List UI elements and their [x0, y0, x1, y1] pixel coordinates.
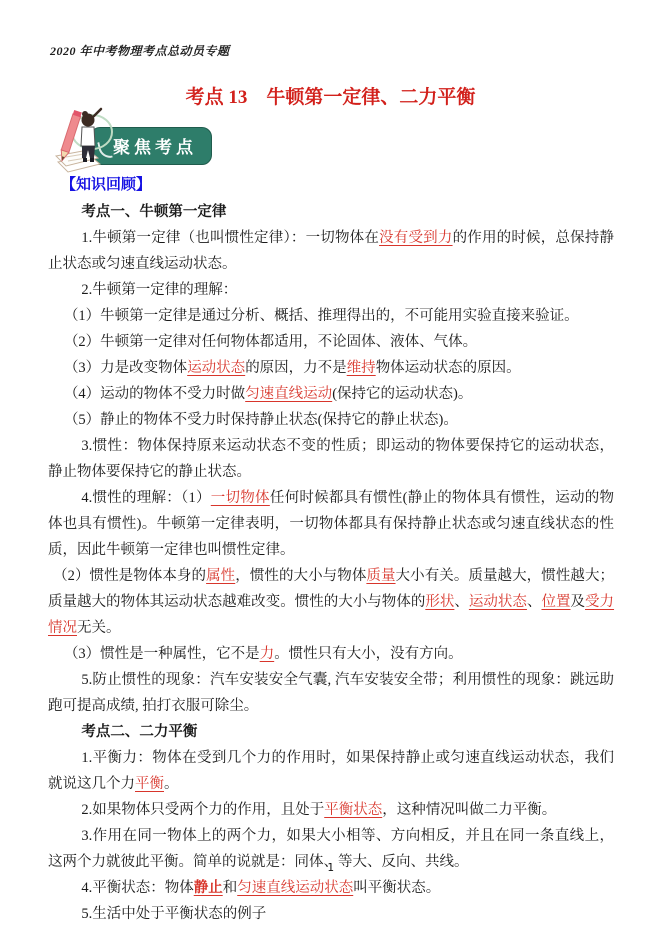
paragraph: 4.平衡状态：物体静止和匀速直线运动状态叫平衡状态。	[48, 875, 614, 901]
paragraph: （3）惯性是一种属性，它不是力。惯性只有大小，没有方向。	[48, 641, 614, 667]
key-term: 位置	[541, 594, 570, 610]
text-run: 2.牛顿第一定律的理解：	[81, 282, 237, 298]
text-run: 物体运动状态的原因。	[376, 360, 521, 376]
text-run: 、	[454, 594, 469, 610]
text-run: ，这种情况叫做二力平衡。	[382, 802, 556, 818]
key-term: 匀速直线运动状态	[237, 880, 353, 896]
text-run: (保持它的运动状态)。	[332, 386, 472, 402]
paragraph: （2）牛顿第一定律对任何物体都适用，不论固体、液体、气体。	[48, 329, 614, 355]
text-run: 4.惯性的理解：（1）	[81, 490, 210, 506]
paragraph: 4.惯性的理解：（1）一切物体任何时候都具有惯性(静止的物体具有惯性，运动的物体…	[48, 485, 614, 563]
text-run: （3）力是改变物体	[64, 360, 187, 376]
text-run: 考点一、牛顿第一定律	[81, 204, 226, 220]
key-term: 平衡状态	[324, 802, 382, 818]
text-run: 、	[527, 594, 542, 610]
text-run: 及	[571, 594, 586, 610]
document-page: 2020 年中考物理考点总动员专题 考点 13 牛顿第一定律、二力平衡 聚焦考点…	[0, 0, 661, 935]
key-term: 一切物体	[211, 490, 270, 506]
key-term: 形状	[425, 594, 454, 610]
paragraph: 5.生活中处于平衡状态的例子	[48, 901, 614, 927]
key-term: 静止	[194, 880, 223, 896]
paragraph: （1）牛顿第一定律是通过分析、概括、推理得出的，不可能用实验直接来验证。	[48, 303, 614, 329]
section-heading: 考点一、牛顿第一定律	[48, 199, 614, 225]
text-run: ，惯性的大小与物体	[235, 568, 366, 584]
section-heading: 考点二、二力平衡	[48, 719, 614, 745]
paragraph: 1.牛顿第一定律（也叫惯性定律）：一切物体在没有受到力的作用的时候，总保持静止状…	[48, 225, 614, 277]
key-term: 平衡	[135, 776, 164, 792]
paragraph: 5.防止惯性的现象：汽车安装安全气囊, 汽车安装安全带；利用惯性的现象：跳远助跑…	[48, 667, 614, 719]
paragraph: （2）惯性是物体本身的属性，惯性的大小与物体质量大小有关。质量越大，惯性越大；质…	[48, 563, 614, 641]
document-body: 考点一、牛顿第一定律1.牛顿第一定律（也叫惯性定律）：一切物体在没有受到力的作用…	[48, 199, 614, 927]
paragraph: （4）运动的物体不受力时做匀速直线运动(保持它的运动状态)。	[48, 381, 614, 407]
text-run: 2.如果物体只受两个力的作用，且处于	[81, 802, 324, 818]
text-run: （3）惯性是一种属性，它不是	[64, 646, 260, 662]
key-term: 属性	[206, 568, 235, 584]
text-run: 3.惯性：物体保持原来运动状态不变的性质；即运动的物体要保持它的运动状态，静止物…	[48, 438, 614, 480]
text-run: 叫平衡状态。	[353, 880, 440, 896]
text-run: 的原因，力不是	[245, 360, 347, 376]
paragraph: （5）静止的物体不受力时保持静止状态(保持它的静止状态)。	[48, 407, 614, 433]
text-run: （5）静止的物体不受力时保持静止状态(保持它的静止状态)。	[64, 412, 458, 428]
paragraph: （3）力是改变物体运动状态的原因，力不是维持物体运动状态的原因。	[48, 355, 614, 381]
text-run: 5.生活中处于平衡状态的例子	[81, 906, 266, 922]
paragraph: 3.惯性：物体保持原来运动状态不变的性质；即运动的物体要保持它的运动状态，静止物…	[48, 433, 614, 485]
paragraph: 1.平衡力：物体在受到几个力的作用时，如果保持静止或匀速直线运动状态，我们就说这…	[48, 745, 614, 797]
text-run: （4）运动的物体不受力时做	[64, 386, 245, 402]
key-term: 维持	[347, 360, 376, 376]
document-header-text: 2020 年中考物理考点总动员专题	[50, 42, 230, 59]
text-run: 考点二、二力平衡	[81, 724, 197, 740]
text-run: （1）牛顿第一定律是通过分析、概括、推理得出的，不可能用实验直接来验证。	[64, 308, 579, 324]
text-run: 5.防止惯性的现象：汽车安装安全气囊, 汽车安装安全带；利用惯性的现象：跳远助跑…	[48, 672, 614, 714]
key-term: 质量	[366, 568, 395, 584]
text-run: 1.平衡力：物体在受到几个力的作用时，如果保持静止或匀速直线运动状态，我们就说这…	[48, 750, 614, 792]
text-run: 和	[223, 880, 238, 896]
text-run: 1.牛顿第一定律（也叫惯性定律）：一切物体在	[81, 230, 379, 246]
text-run: （2）牛顿第一定律对任何物体都适用，不论固体、液体、气体。	[64, 334, 477, 350]
key-term: 运动状态	[469, 594, 527, 610]
text-run: 4.平衡状态：物体	[81, 880, 193, 896]
key-term: 力	[260, 646, 275, 662]
paragraph: 2.牛顿第一定律的理解：	[48, 277, 614, 303]
paragraph: 2.如果物体只受两个力的作用，且处于平衡状态，这种情况叫做二力平衡。	[48, 797, 614, 823]
student-figure	[81, 109, 101, 162]
key-term: 匀速直线运动	[245, 386, 332, 402]
student-writing-illustration	[54, 106, 114, 174]
page-number: 1	[0, 861, 661, 874]
key-term: 没有受到力	[379, 230, 452, 246]
text-run: 。	[164, 776, 179, 792]
key-term: 运动状态	[187, 360, 245, 376]
text-run: 。惯性只有大小，没有方向。	[274, 646, 463, 662]
text-run: （2）惯性是物体本身的	[53, 568, 206, 584]
knowledge-review-label: 【知识回顾】	[61, 173, 151, 194]
text-run: 无关。	[77, 620, 121, 636]
